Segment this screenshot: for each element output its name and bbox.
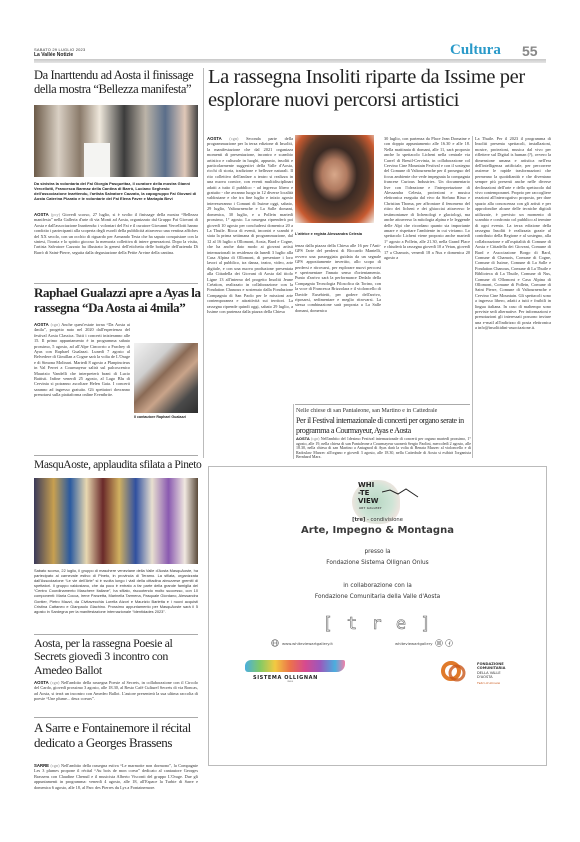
byline: (cgn) — [51, 322, 60, 327]
logo-line: -TE — [358, 489, 379, 497]
caption-gualazzi: Il cantautore Raphael Gualazzi — [134, 415, 204, 420]
section-title: Cultura — [450, 42, 501, 59]
ad-tagline: [tre] - condivisione — [209, 517, 546, 523]
body-organo-text: Nell'ambito del 1desimo Festival interna… — [296, 437, 471, 459]
byline: (cgn) — [50, 680, 59, 685]
body-poesie: AOSTA (cgn) Nell'ambito della rassegna P… — [34, 680, 198, 714]
photo-masquaoste-parade — [34, 478, 198, 564]
ad-collab: in collaborazione con la — [209, 583, 546, 589]
kicker-aosta: AOSTA — [34, 680, 49, 685]
instagram-icon[interactable] — [435, 639, 443, 647]
body-poesie-text: Nell'ambito della rassegna Poesie al Sec… — [34, 680, 198, 701]
whiteview-logo: WHI -TE VIEW — [358, 481, 379, 505]
body-insoliti-col1: AOSTA (cgn) Seconda parte della programm… — [207, 136, 293, 456]
body-insoliti-col4: La Thuile. Per il 2023 il programma di I… — [475, 136, 551, 456]
photo-celesia — [295, 135, 374, 223]
body-finissage-text: Giovedì scorso, 27 luglio, si è svolto i… — [34, 212, 198, 255]
body-gualazzi: AOSTA (cgn) Anche quest'estate torna “Da… — [34, 322, 130, 410]
headline-brassens: A Sarre e Fontainemore il récital dedica… — [34, 721, 209, 750]
body-organo: AOSTA (cgn) Nell'ambito del 1desimo Fest… — [296, 437, 471, 459]
social-links[interactable]: whiteviewartgallery — [395, 639, 453, 647]
ollignan-logo-text: SISTEMA OLLIGNAN — [253, 675, 318, 681]
divider — [34, 455, 198, 456]
headline-organo: Per il Festival internazionale di concer… — [296, 416, 472, 436]
tag-rest: - condivisione — [365, 517, 403, 523]
ollignan-logo-sub: ONLUS — [287, 681, 293, 683]
logo-line: D'AOSTA — [477, 675, 505, 679]
photo-table — [84, 143, 110, 177]
caption-finissage: Da sinistra la volontaria del Fai Giorgi… — [34, 181, 198, 201]
byline: (pcy) — [51, 212, 60, 217]
body-insoliti-col1-text: Seconda parte della programmazione per l… — [207, 136, 293, 314]
byline: (cgn) — [51, 763, 60, 768]
website-url: www.whiteviewartgallery.it — [282, 641, 333, 646]
fondazione-logo-text: FONDAZIONE COMUNITARIA DELLA VALLE D'AOS… — [477, 662, 505, 685]
logo-tagline: Felici di donare — [477, 681, 505, 685]
tre-mark: [ t r e ] — [209, 614, 546, 634]
tag-bold: [tre] — [352, 517, 365, 523]
column-divider — [203, 68, 204, 458]
kicker-aosta: AOSTA — [207, 136, 222, 141]
advertisement-whiteview[interactable]: WHI -TE VIEW ART GALLERY [tre] - condivi… — [208, 466, 547, 766]
ad-headline: Arte, Impegno & Montagna — [209, 525, 546, 536]
divider — [34, 283, 198, 284]
headline-gualazzi: Raphael Gualazzi apre a Ayas la rassegna… — [34, 286, 202, 315]
website-link[interactable]: www.whiteviewartgallery.it — [271, 639, 333, 647]
headline-finissage: Da Inarttendu ad Aosta il finissage dell… — [34, 68, 202, 96]
logo-subtitle: ART GALLERY — [359, 507, 382, 510]
globe-icon — [271, 639, 279, 647]
body-insoliti-col3: 30 luglio, con partenza da Place Jean Do… — [384, 136, 470, 400]
logo-line: WHI — [358, 481, 379, 489]
headline-masquaoste: MasquAoste, applaudita sfilata a Pineto — [34, 459, 202, 472]
headline-poesie: Aosta, per la rassegna Poesie al Secrets… — [34, 637, 202, 677]
headline-insoliti: La rassegna Insoliti riparte da Issime p… — [208, 66, 553, 112]
ad-presso: presso la — [209, 549, 546, 555]
social-handle: whiteviewartgallery — [395, 641, 433, 646]
page-number: 55 — [522, 43, 538, 59]
divider — [34, 717, 198, 718]
kicker-organo: Nelle chiese di san Pantaleone, san Mart… — [296, 408, 472, 414]
kicker-aosta: AOSTA — [34, 322, 49, 327]
facebook-icon[interactable] — [445, 639, 453, 647]
caption-celesia: L'attrice e regista Alessandra Celesia — [295, 232, 380, 237]
logo-line: VIEW — [358, 497, 379, 505]
ollignan-logo-figures — [245, 660, 345, 672]
divider — [295, 404, 470, 405]
body-brassens: SARRE (cgn) Nell'ambito della rassegna e… — [34, 763, 198, 801]
column-divider — [472, 136, 473, 458]
paper-name: La Vallée Notizie — [34, 52, 73, 58]
kicker-sarre: SARRE — [34, 763, 49, 768]
body-finissage: AOSTA (pcy) Giovedì scorso, 27 luglio, s… — [34, 212, 198, 280]
byline: (cgn) — [229, 136, 238, 141]
photo-gualazzi — [134, 343, 198, 413]
divider — [34, 634, 198, 635]
kicker-aosta: AOSTA — [34, 212, 49, 217]
header-rule — [34, 59, 546, 63]
fondazione-logo-rings — [439, 657, 469, 687]
ad-partner: Fondazione Comunitaria della Valle d'Aos… — [209, 594, 546, 600]
ad-venue: Fondazione Sistema Ollignan Onlus — [209, 560, 546, 566]
box-border — [293, 404, 294, 459]
body-gualazzi-text: Anche quest'estate torna “Da Aosta ai 4m… — [34, 322, 130, 397]
mountain-line-icon — [382, 488, 420, 500]
body-masquaoste: Sabato scorso, 22 luglio, il gruppo di m… — [34, 568, 198, 630]
body-insoliti-col2: tenza dalla piazza della Chiesa alle 16 … — [295, 243, 381, 401]
photo-finissage-group — [34, 105, 198, 177]
